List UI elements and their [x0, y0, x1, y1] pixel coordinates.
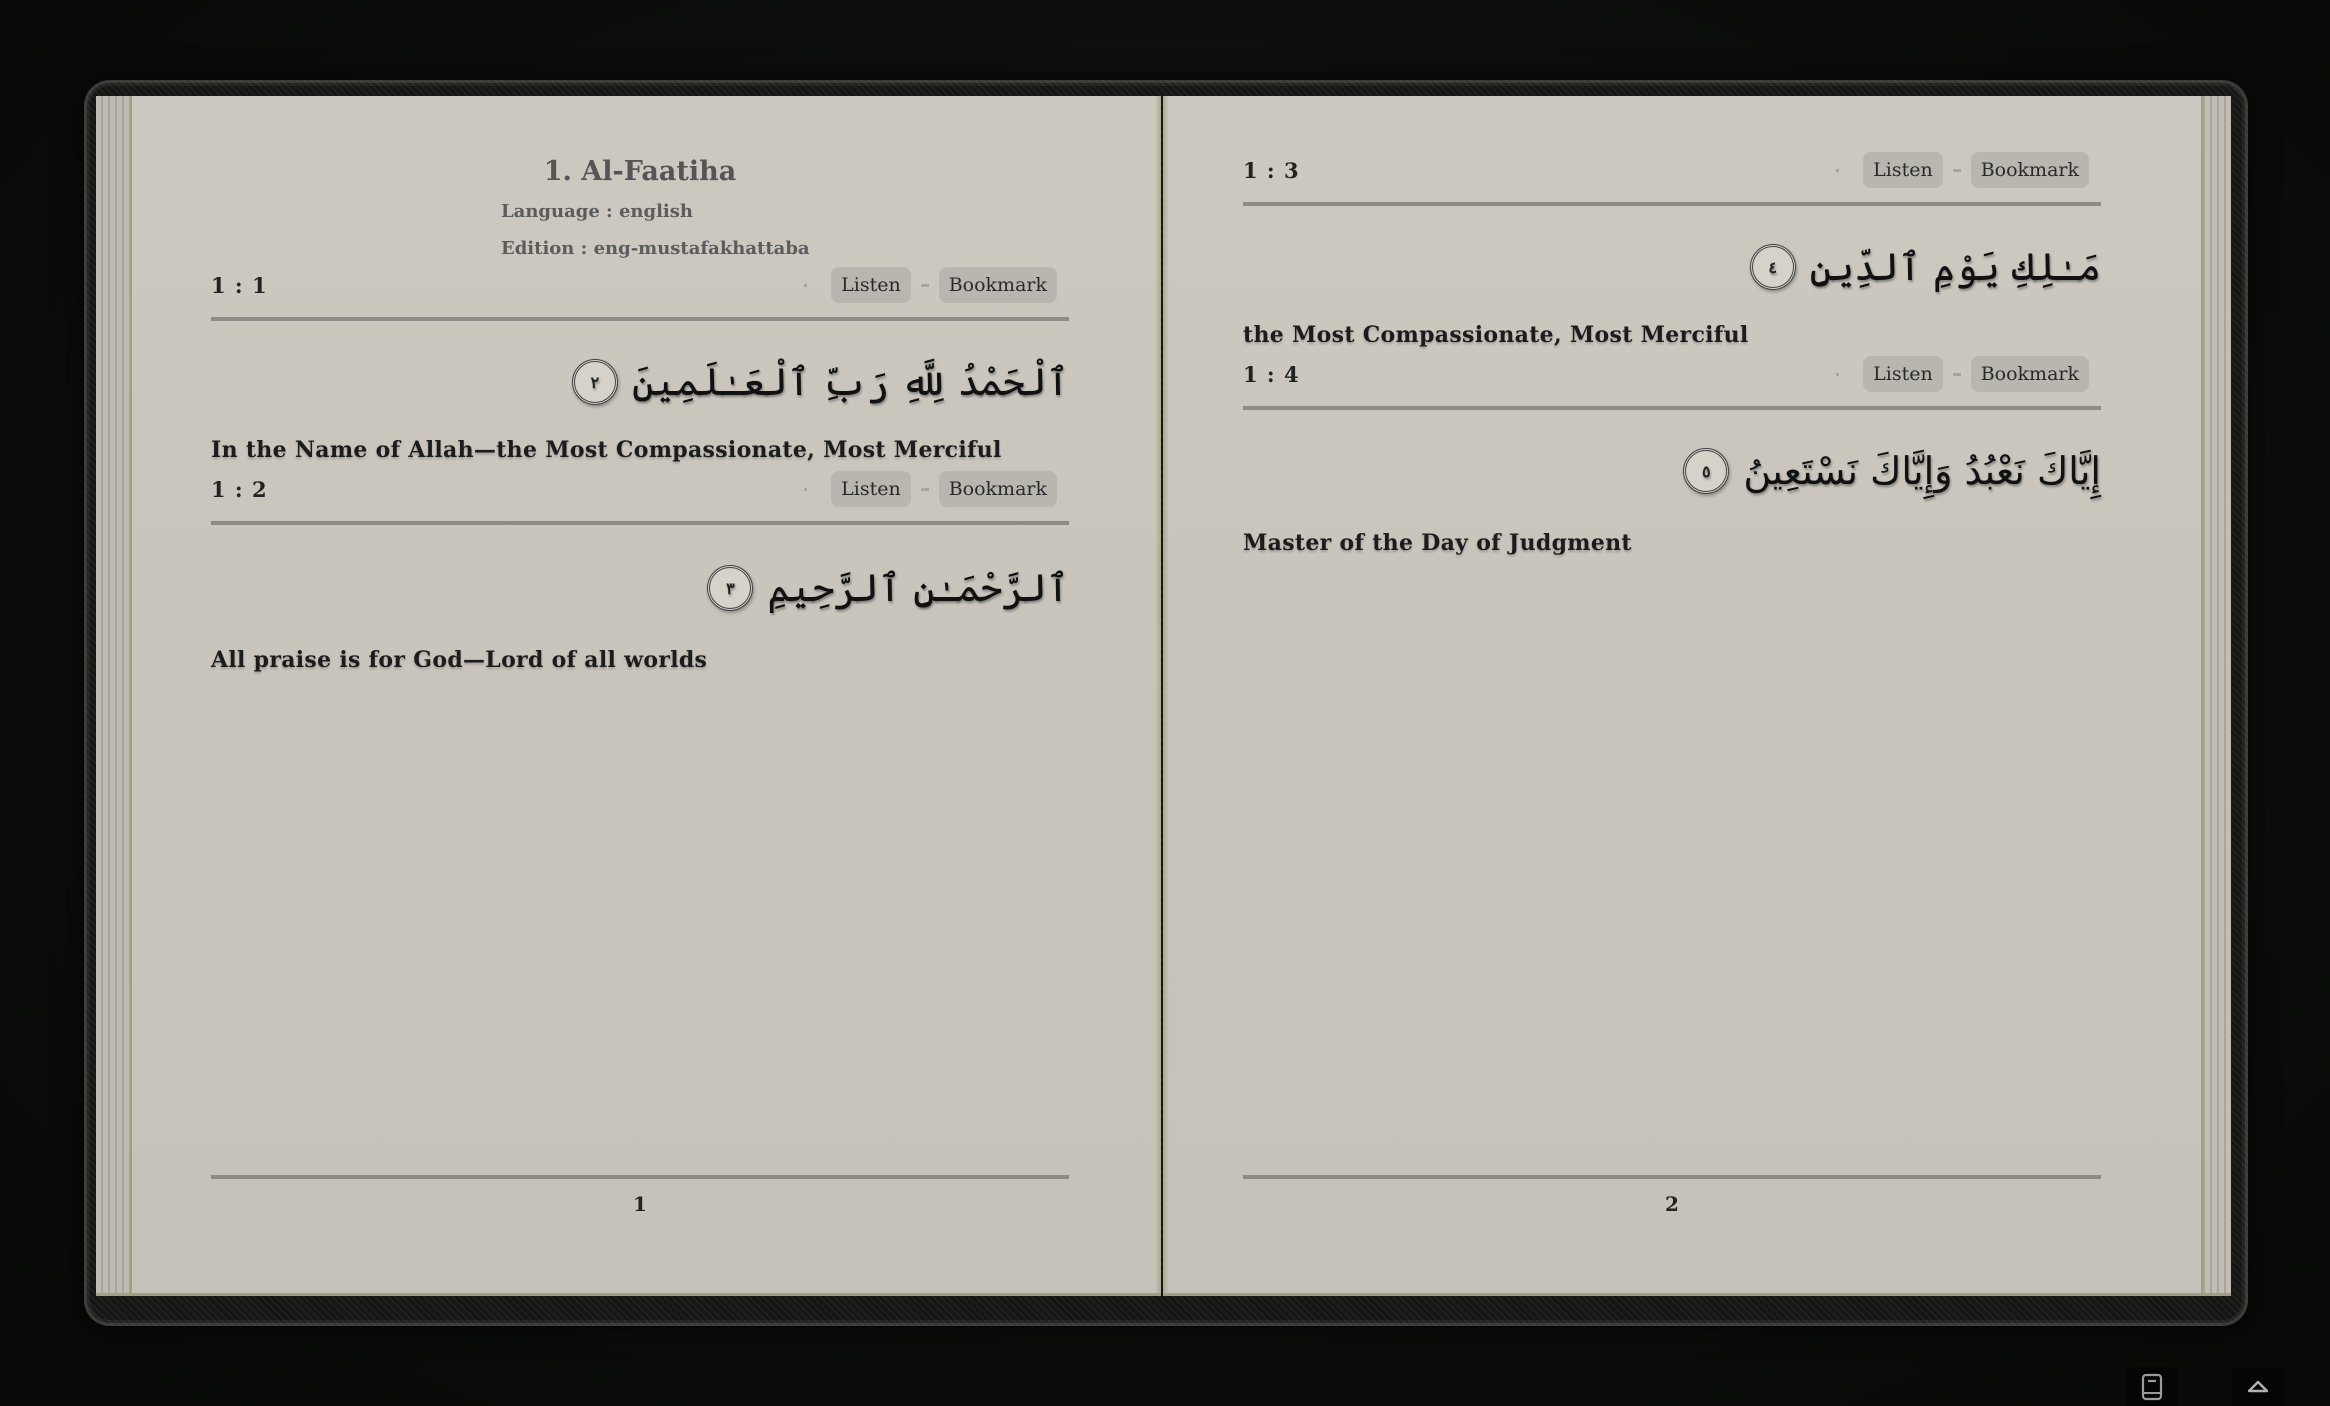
- listen-button[interactable]: Listen: [1863, 356, 1943, 392]
- verse-reference: 1 : 3: [1243, 158, 1300, 183]
- verse-actions: Listen Bookmark: [1836, 356, 2101, 392]
- bookmark-button[interactable]: Bookmark: [1971, 356, 2089, 392]
- verse-translation: In the Name of Allah—the Most Compassion…: [211, 437, 1069, 463]
- arabic-verse: ٱلْحَمْدُ لِلَّهِ رَبِّ ٱلْعَـٰلَمِينَ ٢: [211, 347, 1069, 417]
- page-bottom-edge: [1163, 1293, 2231, 1296]
- separator-dash: [1953, 169, 1961, 172]
- page-number: 2: [1243, 1192, 2101, 1216]
- listen-button[interactable]: Listen: [1863, 152, 1943, 188]
- separator-dash: [1953, 373, 1961, 376]
- edition-label: Edition : eng-mustafakhattaba: [501, 238, 1069, 259]
- arabic-text: ٱلْحَمْدُ لِلَّهِ رَبِّ ٱلْعَـٰلَمِينَ: [632, 360, 1069, 404]
- verse-actions: Listen Bookmark: [1836, 152, 2101, 188]
- separator-dot: [804, 284, 807, 287]
- book-gutter: [1163, 96, 1169, 1296]
- left-page-content: 1. Al-Faatiha Language : english Edition…: [211, 96, 1069, 1296]
- separator-dot: [1836, 169, 1839, 172]
- verse-header: 1 : 3 Listen Bookmark: [1243, 148, 2101, 206]
- separator-dot: [1836, 373, 1839, 376]
- right-page-content: 1 : 3 Listen Bookmark مَـٰلِكِ يَوْمِ ٱل…: [1243, 96, 2101, 1296]
- verse-reference: 1 : 1: [211, 273, 268, 298]
- footer-rule: [211, 1175, 1069, 1179]
- footer-rule: [1243, 1175, 2101, 1179]
- arabic-verse: ٱلرَّحْمَـٰنِ ٱلرَّحِيمِ ٣: [211, 553, 1069, 623]
- page-edges-right: [2201, 96, 2231, 1296]
- left-page: 1. Al-Faatiha Language : english Edition…: [96, 96, 1161, 1296]
- right-page: 1 : 3 Listen Bookmark مَـٰلِكِ يَوْمِ ٱل…: [1163, 96, 2231, 1296]
- verse-block: 1 : 1 Listen Bookmark ٱلْحَمْدُ لِلَّهِ …: [211, 263, 1069, 463]
- separator-dash: [921, 284, 929, 287]
- verse-translation: All praise is for God—Lord of all worlds: [211, 647, 1069, 673]
- page-edges-left: [96, 96, 132, 1296]
- verse-block: 1 : 2 Listen Bookmark ٱلرَّحْمَـٰنِ ٱلرَ…: [211, 467, 1069, 673]
- listen-button[interactable]: Listen: [831, 471, 911, 507]
- verse-translation: the Most Compassionate, Most Merciful: [1243, 322, 2101, 348]
- arabic-text: مَـٰلِكِ يَوْمِ ٱلدِّينِ: [1810, 245, 2101, 289]
- verse-actions: Listen Bookmark: [804, 471, 1069, 507]
- table-of-contents-button[interactable]: [2126, 1367, 2178, 1406]
- verse-header: 1 : 4 Listen Bookmark: [1243, 352, 2101, 410]
- book-icon: [2140, 1373, 2164, 1401]
- verse-translation: Master of the Day of Judgment: [1243, 530, 2101, 556]
- ayah-marker-icon: ٢: [572, 359, 618, 405]
- listen-button[interactable]: Listen: [831, 267, 911, 303]
- separator-dot: [804, 488, 807, 491]
- ayah-marker-icon: ٤: [1750, 244, 1796, 290]
- language-label: Language : english: [501, 201, 1069, 222]
- verse-block: 1 : 4 Listen Bookmark إِيَّاكَ نَعْبُدُ …: [1243, 352, 2101, 556]
- verse-reference: 1 : 4: [1243, 362, 1300, 387]
- chevron-up-icon: [2246, 1379, 2270, 1395]
- page-bottom-edge: [96, 1293, 1161, 1296]
- verse-reference: 1 : 2: [211, 477, 268, 502]
- arabic-verse: إِيَّاكَ نَعْبُدُ وَإِيَّاكَ نَسْتَعِينُ…: [1243, 436, 2101, 506]
- arabic-text: ٱلرَّحْمَـٰنِ ٱلرَّحِيمِ: [767, 566, 1069, 610]
- page-number: 1: [211, 1192, 1069, 1216]
- bookmark-button[interactable]: Bookmark: [1971, 152, 2089, 188]
- separator-dash: [921, 488, 929, 491]
- verse-actions: Listen Bookmark: [804, 267, 1069, 303]
- scroll-top-button[interactable]: [2232, 1367, 2284, 1406]
- ayah-marker-icon: ٥: [1683, 448, 1729, 494]
- bookmark-button[interactable]: Bookmark: [939, 471, 1057, 507]
- chapter-title: 1. Al-Faatiha: [211, 156, 1069, 187]
- arabic-verse: مَـٰلِكِ يَوْمِ ٱلدِّينِ ٤: [1243, 232, 2101, 302]
- verse-header: 1 : 2 Listen Bookmark: [211, 467, 1069, 525]
- verse-block: 1 : 3 Listen Bookmark مَـٰلِكِ يَوْمِ ٱل…: [1243, 148, 2101, 348]
- verse-header: 1 : 1 Listen Bookmark: [211, 263, 1069, 321]
- ayah-marker-icon: ٣: [707, 565, 753, 611]
- book-gutter: [1155, 96, 1161, 1296]
- arabic-text: إِيَّاكَ نَعْبُدُ وَإِيَّاكَ نَسْتَعِينُ: [1743, 449, 2101, 493]
- bookmark-button[interactable]: Bookmark: [939, 267, 1057, 303]
